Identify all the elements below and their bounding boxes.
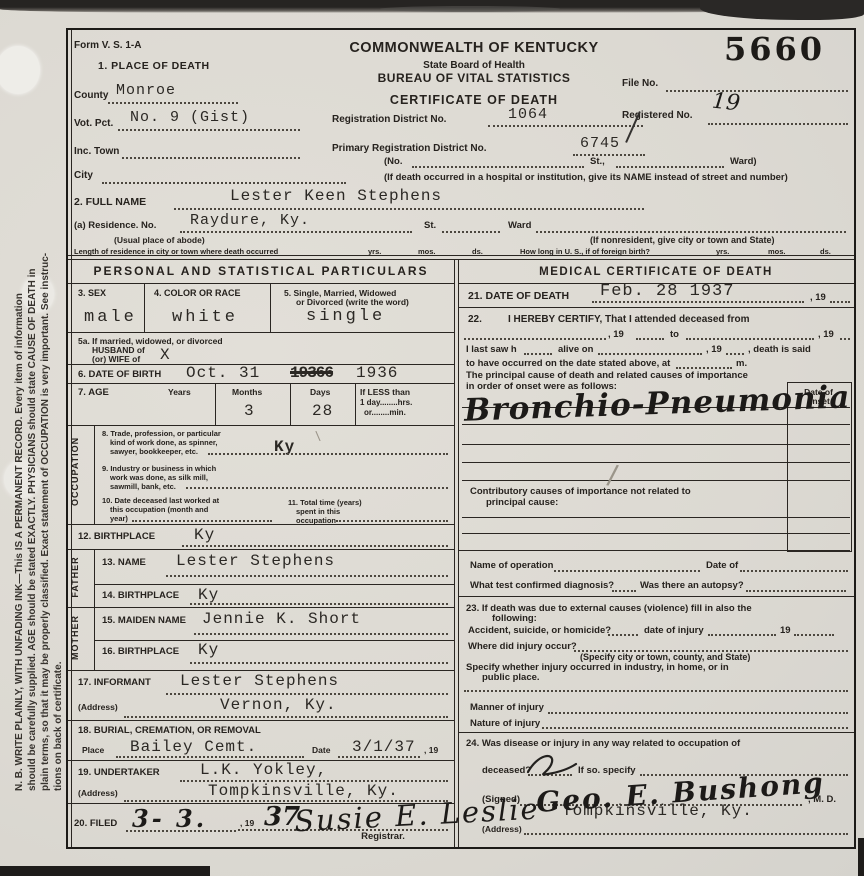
field8-label-3: sawyer, bookkeeper, etc. — [110, 447, 198, 456]
cell-line — [94, 549, 95, 607]
undertaker-address-label: (Address) — [78, 788, 118, 798]
nature-line — [542, 727, 848, 729]
header-center: COMMONWEALTH OF KENTUCKY State Board of … — [316, 40, 632, 107]
filed-label: 20. FILED — [74, 818, 117, 829]
father-birthplace-value: Ky — [198, 586, 219, 604]
occurred-text: to have occurred on the date stated abov… — [466, 358, 670, 369]
street-no-line — [412, 166, 584, 168]
residence-line — [180, 231, 412, 233]
row-line — [68, 332, 454, 333]
street-no-label: (No. — [384, 156, 402, 167]
cause-line — [462, 480, 850, 481]
mother-maiden-line — [194, 633, 448, 635]
file-no-label: File No. — [622, 78, 658, 90]
check-mark: \ — [315, 428, 321, 444]
mother-birthplace-line — [190, 662, 448, 664]
manner-line — [548, 712, 848, 714]
full-name-value: Lester Keen Stephens — [230, 187, 442, 205]
primary-district-line — [573, 154, 645, 156]
cell-line — [355, 383, 356, 425]
dob-value: Oct. 31 — [186, 364, 260, 382]
certify-line-2 — [636, 338, 664, 340]
street-st-line — [616, 166, 724, 168]
lastsaw-b: alive on — [558, 344, 593, 355]
cell-line — [144, 283, 145, 332]
sex-value: male — [84, 308, 137, 327]
filed-19-label: , 19 — [240, 818, 254, 828]
physician-address-line — [524, 833, 848, 835]
date-of-death-19-line — [830, 301, 850, 303]
handwritten-flourish — [526, 752, 578, 778]
age-days-value: 28 — [312, 402, 333, 420]
residence-st-line — [442, 231, 500, 233]
certify-line-3 — [686, 338, 814, 340]
birthplace12-line — [182, 545, 448, 547]
mother-maiden-value: Jennie K. Short — [202, 610, 361, 628]
husband-value: X — [160, 346, 171, 364]
cell-line — [94, 607, 95, 670]
residence-st-label: St. — [424, 220, 436, 231]
margin-line: plain terms, so that it may be properly … — [39, 57, 52, 791]
operation-label: Name of operation — [470, 560, 553, 571]
injury-date-label: date of injury — [644, 625, 704, 636]
scan-blob-top-right — [700, 0, 864, 20]
primary-district-label: Primary Registration District No. — [332, 143, 486, 155]
certify-text: I HEREBY CERTIFY, That I attended deceas… — [508, 314, 750, 326]
burial-place-label: Place — [82, 745, 104, 755]
mother-birthplace-value: Ky — [198, 641, 219, 659]
inc-town-line — [122, 157, 300, 159]
vot-pct-line — [118, 129, 300, 131]
dob-year-value: 1936 — [356, 364, 398, 382]
filed-line — [126, 830, 236, 832]
field8-line — [208, 453, 448, 455]
cell-line — [290, 383, 291, 425]
accident-line — [608, 634, 638, 636]
age-less-3: or........min. — [364, 408, 406, 418]
undertaker-value: L.K. Yokley, — [200, 761, 327, 779]
occurred-m: m. — [736, 358, 747, 369]
column-divider-2 — [458, 259, 459, 847]
cell-line — [270, 283, 271, 332]
date-of-death-line — [592, 301, 804, 303]
vot-pct-label: Vot. Pct. — [74, 118, 113, 130]
contributory-1: Contributory causes of importance not re… — [470, 486, 691, 497]
hospital-note: (If death occurred in a hospital or inst… — [384, 172, 788, 183]
father-side-label: FATHER — [70, 556, 80, 598]
field9-label-3: sawmill, bank, etc. — [110, 482, 176, 491]
occupation-side-label: OCCUPATION — [70, 440, 80, 506]
injury-19-line — [794, 634, 834, 636]
race-value: white — [172, 308, 238, 327]
informant-label: 17. INFORMANT — [78, 677, 151, 688]
marital-value: single — [306, 307, 385, 326]
column-divider-1 — [454, 259, 455, 847]
burial-place-line — [116, 756, 304, 758]
certificate-form: Form V. S. 1-A 1. PLACE OF DEATH County … — [66, 28, 856, 849]
residence-ward-line — [536, 231, 846, 233]
row-line — [94, 584, 454, 585]
city-label: City — [74, 170, 93, 182]
board-subtitle: State Board of Health — [316, 60, 632, 71]
date-of-death-19: , 19 — [810, 292, 826, 303]
certify-line-4 — [840, 338, 850, 340]
field9-line — [186, 487, 448, 489]
registered-no-line — [708, 123, 848, 125]
row-line — [458, 307, 854, 308]
deceased-label: deceased? — [482, 765, 531, 776]
row-line — [94, 640, 454, 641]
where-injury-label: Where did injury occur? — [468, 641, 577, 652]
race-label: 4. COLOR OR RACE — [154, 288, 241, 299]
residence-label: (a) Residence. No. — [74, 220, 156, 231]
age-less-1: If LESS than — [360, 387, 410, 397]
principal-1: The principal cause of death and related… — [466, 370, 748, 381]
cause-line — [462, 462, 850, 463]
autopsy-label: Was there an autopsy? — [640, 580, 744, 591]
father-name-label: 13. NAME — [102, 557, 146, 568]
section-divider-1 — [68, 255, 854, 256]
filed-date-value: 3- 3. — [132, 804, 207, 833]
personal-title: PERSONAL AND STATISTICAL PARTICULARS — [68, 264, 454, 278]
age-months-header: Months — [232, 387, 262, 397]
registered-no-value: 19 — [711, 89, 741, 117]
section-divider-2 — [68, 259, 854, 260]
burial-place-value: Bailey Cemt. — [130, 738, 257, 756]
nonresident-note: (If nonresident, give city or town and S… — [590, 235, 775, 246]
age-months-value: 3 — [244, 402, 255, 420]
nature-label: Nature of injury — [470, 718, 540, 729]
mother-side-label: MOTHER — [70, 616, 80, 660]
birthplace12-value: Ky — [194, 526, 215, 544]
row-line — [68, 720, 454, 721]
lastsaw-line-3 — [726, 353, 744, 355]
reg-district-label: Registration District No. — [332, 114, 446, 126]
age-years-header: Years — [168, 387, 191, 397]
serial-number: 5660 — [724, 30, 825, 68]
informant-address-label: (Address) — [78, 702, 118, 712]
autopsy-line — [746, 590, 846, 592]
full-name-line — [174, 208, 644, 210]
field11-label-1: 11. Total time (years) — [288, 498, 362, 507]
burial-date-value: 3/1/37 — [352, 738, 416, 756]
father-birthplace-label: 14. BIRTHPLACE — [102, 590, 179, 601]
lastsaw-19: , 19 — [706, 344, 722, 355]
father-birthplace-line — [190, 603, 448, 605]
margin-line: should be carefully supplied. AGE should… — [26, 57, 39, 791]
residence-ward-label: Ward — [508, 220, 531, 231]
cause-line — [462, 444, 850, 445]
bureau-subtitle: BUREAU OF VITAL STATISTICS — [316, 71, 632, 85]
marital-label-2: or Divorced (write the word) — [296, 297, 409, 307]
certify-to: to — [670, 329, 679, 340]
margin-line: tions on back of certificate. — [52, 57, 65, 791]
specify-injury-2: public place. — [482, 672, 540, 683]
operation-line — [554, 570, 700, 572]
certify-number: 22. — [468, 314, 482, 326]
cause-line — [462, 517, 850, 518]
medical-title: MEDICAL CERTIFICATE OF DEATH — [458, 266, 854, 278]
occupation-related-label: 24. Was disease or injury in any way rel… — [466, 738, 740, 749]
county-label: County — [74, 90, 108, 102]
field10-label-1: 10. Date deceased last worked at — [102, 496, 219, 505]
abode-note: (Usual place of abode) — [114, 235, 205, 245]
cell-line — [94, 425, 95, 524]
scan-bar-bottom-left — [0, 866, 210, 876]
certify-line-1 — [464, 338, 606, 340]
age-label: 7. AGE — [78, 387, 109, 398]
occurred-line — [676, 367, 732, 369]
informant-value: Lester Stephens — [180, 672, 339, 690]
dob-label: 6. DATE OF BIRTH — [78, 369, 161, 380]
city-line — [102, 182, 346, 184]
lastsaw-line-1 — [524, 353, 552, 355]
file-no-line — [666, 90, 848, 92]
sex-label: 3. SEX — [78, 288, 106, 299]
dob-struck-value: 19366 — [290, 364, 333, 382]
street-ward-label: Ward) — [730, 156, 757, 167]
row-line — [68, 425, 454, 426]
field9-label-2: work was done, as silk mill, — [110, 473, 208, 482]
burial-label: 18. BURIAL, CREMATION, OR REMOVAL — [78, 725, 261, 736]
lastsaw-line-2 — [598, 353, 702, 355]
age-less-2: 1 day........hrs. — [360, 398, 412, 408]
reg-district-value: 1064 — [508, 106, 548, 123]
separator-dotted-line — [464, 690, 848, 692]
manner-label: Manner of injury — [470, 702, 544, 713]
external-causes-2: following: — [492, 613, 537, 624]
cause-line — [458, 550, 850, 551]
cause-line — [462, 533, 850, 534]
undertaker-label: 19. UNDERTAKER — [78, 767, 160, 778]
reg-district-line — [488, 125, 643, 127]
inc-town-label: Inc. Town — [74, 146, 119, 158]
father-name-value: Lester Stephens — [176, 552, 335, 570]
test-label: What test confirmed diagnosis? — [470, 580, 614, 591]
injury-date-line — [708, 634, 776, 636]
row-line — [68, 524, 454, 525]
test-line — [612, 590, 636, 592]
contributory-2: principal cause: — [486, 497, 558, 508]
informant-line — [166, 693, 448, 695]
field8-label-2: kind of work done, as spinner, — [110, 438, 218, 447]
full-name-label: 2. FULL NAME — [74, 196, 146, 208]
vot-pct-value: No. 9 (Gist) — [130, 109, 250, 126]
row-line — [68, 670, 454, 671]
field10-label-3: year) — [110, 514, 128, 523]
row-line — [68, 283, 454, 284]
field10-label-2: this occupation (month and — [110, 505, 208, 514]
street-st-label: St., — [590, 156, 605, 167]
commonwealth-title: COMMONWEALTH OF KENTUCKY — [316, 40, 632, 56]
scanned-certificate-page: N. B. WRITE PLAINLY, WITH UNFADING INK—T… — [0, 0, 864, 876]
operation-date-label: Date of — [706, 560, 738, 571]
field9-label-1: 9. Industry or business in which — [102, 464, 216, 473]
lastsaw-c: , death is said — [748, 344, 811, 355]
form-number: Form V. S. 1-A — [74, 40, 141, 52]
scan-blob-top-mid — [380, 6, 560, 12]
scan-edge-right-bottom — [858, 838, 864, 876]
primary-district-value: 6745 — [580, 135, 620, 152]
undertaker-address-value: Tompkinsville, Ky. — [208, 782, 399, 800]
father-name-line — [166, 575, 448, 577]
certify-19b: , 19 — [818, 329, 834, 340]
burial-date-label: Date — [312, 745, 330, 755]
informant-address-line — [124, 716, 448, 718]
field8-label-1: 8. Trade, profession, or particular — [102, 429, 221, 438]
mother-birthplace-label: 16. BIRTHPLACE — [102, 646, 179, 657]
registered-no-label: Registered No. — [622, 110, 693, 122]
injury-19-label: 19 — [780, 625, 791, 636]
burial-19-label: , 19 — [424, 745, 438, 755]
certify-19a: , 19 — [608, 329, 624, 340]
margin-line: N. B. WRITE PLAINLY, WITH UNFADING INK—T… — [13, 57, 26, 791]
margin-instructions: N. B. WRITE PLAINLY, WITH UNFADING INK—T… — [13, 57, 65, 791]
specify-city-note: (Specify city or town, county, and State… — [580, 652, 750, 663]
operation-date-line — [740, 570, 848, 572]
field11-label-2: spent in this — [296, 507, 340, 516]
row-line — [458, 732, 854, 733]
field10-line — [132, 520, 272, 522]
section-place-of-death: 1. PLACE OF DEATH — [98, 60, 210, 72]
row-line — [68, 383, 454, 384]
row-line — [68, 607, 454, 608]
informant-address-value: Vernon, Ky. — [220, 696, 337, 714]
burial-date-line — [338, 756, 420, 758]
age-days-header: Days — [310, 387, 330, 397]
husband-label-3: (or) WIFE of — [92, 354, 140, 364]
residence-value: Raydure, Ky. — [190, 212, 310, 229]
birthplace12-label: 12. BIRTHPLACE — [78, 531, 155, 542]
row-line — [458, 596, 854, 597]
field11-line — [336, 520, 448, 522]
date-of-death-value: Feb. 28 1937 — [600, 282, 734, 301]
lastsaw-a: I last saw h — [466, 344, 517, 355]
certificate-title: CERTIFICATE OF DEATH — [316, 93, 632, 107]
ifso-label: If so. specify — [578, 765, 636, 776]
cell-line — [215, 383, 216, 425]
mother-maiden-label: 15. MAIDEN NAME — [102, 615, 186, 626]
row-line — [68, 549, 454, 550]
county-line — [108, 102, 238, 104]
county-value: Monroe — [116, 82, 176, 99]
accident-label: Accident, suicide, or homicide? — [468, 625, 611, 636]
date-of-death-label: 21. DATE OF DEATH — [468, 290, 569, 302]
